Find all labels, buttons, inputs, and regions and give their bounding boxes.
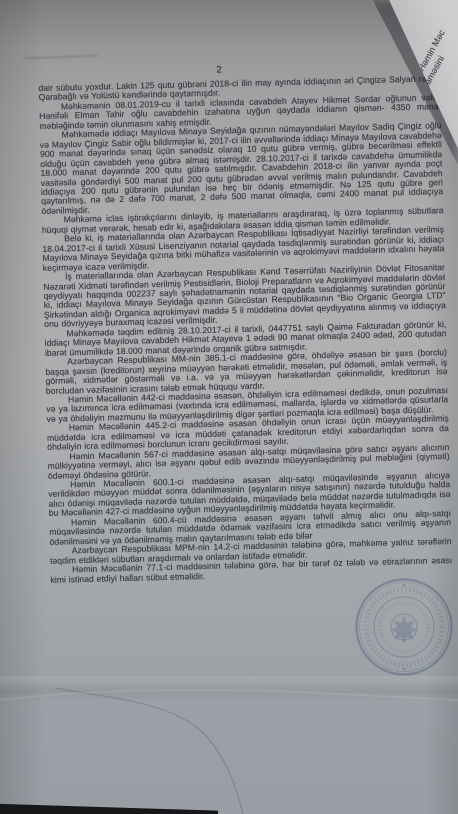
pencil-smudge <box>24 55 98 60</box>
paragraph-3: Məhkəmədə iddiaçı Mayılova Minayə Seyida… <box>39 121 443 216</box>
seal-icon <box>353 576 455 678</box>
document-page: 2 dair sübutu yoxdur. Lakin 125 qutu güb… <box>38 60 452 585</box>
round-court-seal-stamp <box>353 576 455 678</box>
table-edge <box>0 800 218 814</box>
paper-fold-band <box>0 676 458 702</box>
photographed-court-document: 2 dair sübutu yoxdur. Lakin 125 qutu güb… <box>0 0 458 814</box>
corner-page-text: Həmin Məc qətnaməsini <box>416 28 458 79</box>
